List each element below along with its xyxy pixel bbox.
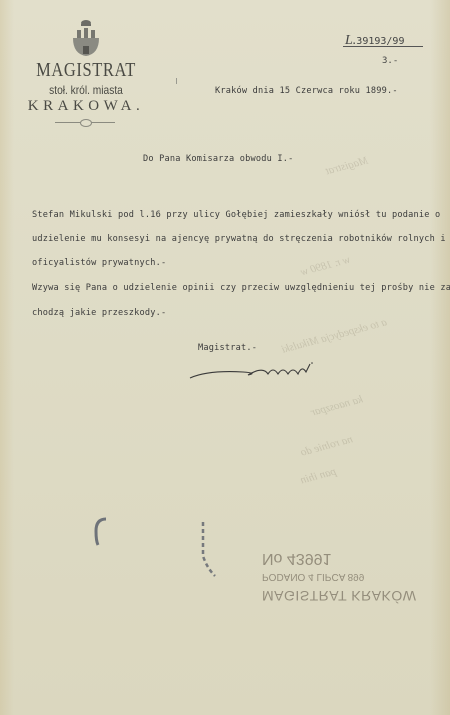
document-page: MAGISTRAT stoł. król. miasta KRAKOWA. L.… — [0, 0, 450, 715]
bleed-through-text: ka naoszpar — [309, 393, 364, 418]
stamp-line-1: MAGISTRAT KRAKÓW — [262, 588, 382, 604]
date-line: Kraków dnia 15 Czerwca roku 1899.- — [215, 86, 398, 96]
bleed-through-text: a to ekspedycja Mikulski — [280, 316, 388, 356]
stamp-line-2: PODANO 4 LIPCA 899 — [262, 571, 382, 582]
addressee: Do Pana Komisarza obwodu I.- — [143, 154, 293, 164]
ink-mark — [195, 520, 219, 580]
bleed-through-text: Magistrat — [324, 155, 369, 178]
coat-of-arms-icon — [70, 18, 102, 58]
letterhead-city: KRAKOWA. — [0, 98, 172, 115]
margin-mark — [176, 78, 177, 84]
reference-sub: 3.- — [382, 56, 398, 66]
body-line-4: Wzywa się Pana o udzielenie opinii czy p… — [32, 283, 450, 293]
body-line-2: udzielenie mu konsesyi na ajencyę prywat… — [32, 234, 446, 244]
letterhead-subtitle: stoł. król. miasta — [13, 83, 159, 97]
body-line-5: chodzą jakie przeszkody.- — [32, 308, 166, 318]
stamp-line-3: No 43991 — [262, 549, 382, 567]
bleed-through-text: w r. 1890 w — [299, 254, 351, 279]
registry-stamp: MAGISTRAT KRAKÓW PODANO 4 LIPCA 899 No 4… — [262, 534, 382, 604]
letterhead-title: MAGISTRAT — [0, 58, 172, 82]
body-line-1: Stefan Mikulski pod l.16 przy ulicy Gołę… — [32, 210, 440, 220]
bleed-through-text: pan ihin — [299, 465, 337, 486]
ornament-center — [80, 119, 92, 127]
ink-mark — [90, 515, 110, 549]
reference-underline — [343, 46, 423, 47]
handwritten-signature — [188, 360, 318, 382]
bleed-through-text: na rolnie do — [299, 433, 354, 458]
body-line-3: oficyalistów prywatnych.- — [32, 258, 166, 268]
signature-label: Magistrat.- — [198, 343, 257, 353]
